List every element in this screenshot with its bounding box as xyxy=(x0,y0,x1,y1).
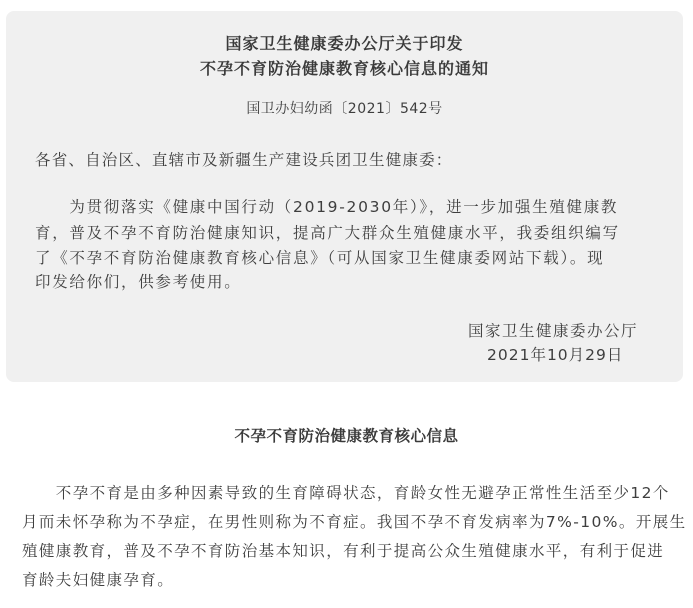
core-info-title: 不孕不育防治健康教育核心信息 xyxy=(0,425,693,447)
notice-box: 国家卫生健康委办公厅关于印发 不孕不育防治健康教育核心信息的通知 国卫办妇幼函〔… xyxy=(6,11,683,382)
notice-body-line: 育，普及不孕不育防治健康知识，提高广大群众生殖健康水平，我委组织编写 xyxy=(35,222,620,244)
core-info-line: 殖健康教育，普及不孕不育防治基本知识，有利于提高公众生殖健康水平，有利于促进 xyxy=(22,540,664,562)
core-info-line: 月而未怀孕称为不孕症，在男性则称为不育症。我国不孕不育发病率为7%-10%。开展… xyxy=(22,511,687,533)
core-info-line: 不孕不育是由多种因素导致的生育障碍状态，育龄女性无避孕正常性生活至少12个 xyxy=(22,482,670,504)
notice-body-line: 了《不孕不育防治健康教育核心信息》（可从国家卫生健康委网站下载）。现 xyxy=(35,247,604,269)
notice-title-line-1: 国家卫生健康委办公厅关于印发 xyxy=(6,33,683,55)
notice-title-line-2: 不孕不育防治健康教育核心信息的通知 xyxy=(6,58,683,80)
signature-date: 2021年10月29日 xyxy=(487,344,623,366)
notice-body-line: 印发给你们，供参考使用。 xyxy=(35,271,241,293)
notice-body-line: 为贯彻落实《健康中国行动（2019-2030年）》，进一步加强生殖健康教 xyxy=(35,196,618,218)
document-number: 国卫办妇幼函〔2021〕542号 xyxy=(6,99,683,119)
salutation: 各省、自治区、直辖市及新疆生产建设兵团卫生健康委： xyxy=(35,149,453,171)
signature-organization: 国家卫生健康委办公厅 xyxy=(468,320,638,342)
core-info-line: 育龄夫妇健康孕育。 xyxy=(22,569,174,591)
